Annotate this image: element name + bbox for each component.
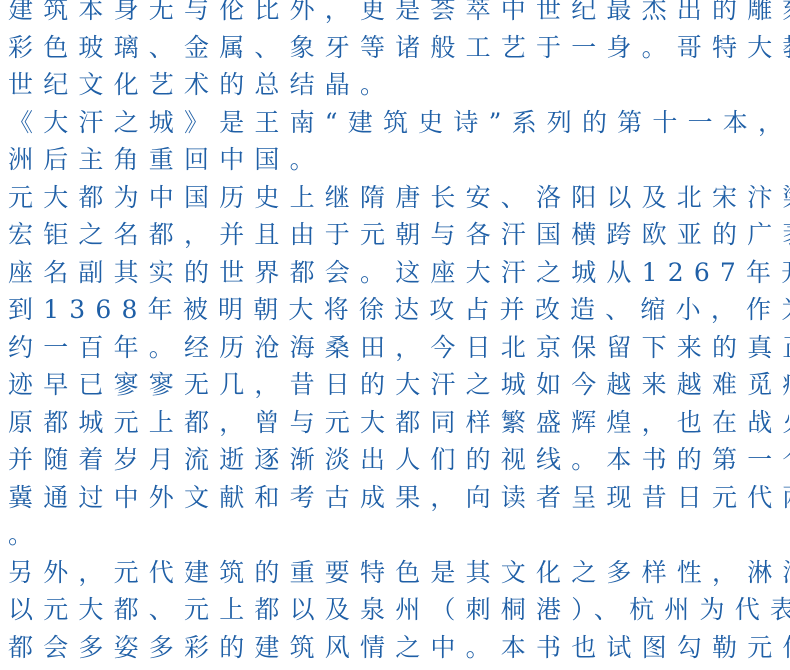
- document-body: 建筑本身无与伦比外，更是荟萃中世纪最杰出的雕刻、绘画，以及 彩色玻璃、金属、象牙…: [8, 0, 790, 666]
- paragraph-intro-continuation: 建筑本身无与伦比外，更是荟萃中世纪最杰出的雕刻、绘画，以及 彩色玻璃、金属、象牙…: [8, 0, 790, 104]
- paragraph-book-intro: 《大汗之城》是王南“建筑史诗”系列的第十一本，遍访日本和欧 洲后主角重回中国。: [8, 104, 790, 179]
- text-line: 世纪文化艺术的总结晶。: [8, 66, 790, 104]
- text-line: 另外，元代建筑的重要特色是其文化之多样性，淋漓尽致地体现在: [8, 554, 790, 592]
- text-line: 《大汗之城》是王南“建筑史诗”系列的第十一本，遍访日本和欧: [8, 104, 790, 142]
- text-line: 宏钜之名都，并且由于元朝与各汗国横跨欧亚的广袤疆域，成为一: [8, 216, 790, 254]
- text-line: 并随着岁月流逝逐渐淡出人们的视线。本书的第一个主题，便是期: [8, 441, 790, 479]
- text-line: 洲后主角重回中国。: [8, 141, 790, 179]
- text-line: 都会多姿多彩的建筑风情之中。本书也试图勾勒元代建筑的特殊面: [8, 629, 790, 667]
- paragraph-yuan-dadu: 元大都为中国历史上继隋唐长安、洛阳以及北宋汴梁之后又一规模 宏钜之名都，并且由于…: [8, 179, 790, 554]
- text-line: 到1368年被明朝大将徐达攻占并改造、缩小，作为元代都城共历时: [8, 291, 790, 329]
- text-line: 以元大都、元上都以及泉州（刺桐港）、杭州为代表的一批国际大: [8, 591, 790, 629]
- text-line: 。: [8, 516, 790, 554]
- text-line: 座名副其实的世界都会。这座大汗之城从1267年开始规划、营建，: [8, 254, 790, 292]
- text-line: 彩色玻璃、金属、象牙等诸般工艺于一身。哥特大教堂由是成为中: [8, 29, 790, 67]
- text-line: 原都城元上都，曾与元大都同样繁盛辉煌，也在战火中化为废墟，: [8, 404, 790, 442]
- text-line: 元大都为中国历史上继隋唐长安、洛阳以及北宋汴梁之后又一规模: [8, 179, 790, 217]
- text-line: 冀通过中外文献和考古成果，向读者呈现昔日元代两都之洋洋大观: [8, 479, 790, 517]
- text-line: 迹早已寥寥无几，昔日的大汗之城如今越来越难觅痕迹。元代的草: [8, 366, 790, 404]
- text-line: 建筑本身无与伦比外，更是荟萃中世纪最杰出的雕刻、绘画，以及: [8, 0, 790, 29]
- text-line: 约一百年。经历沧海桑田，今日北京保留下来的真正属于元代的古: [8, 329, 790, 367]
- paragraph-cultural-diversity: 另外，元代建筑的重要特色是其文化之多样性，淋漓尽致地体现在 以元大都、元上都以及…: [8, 554, 790, 667]
